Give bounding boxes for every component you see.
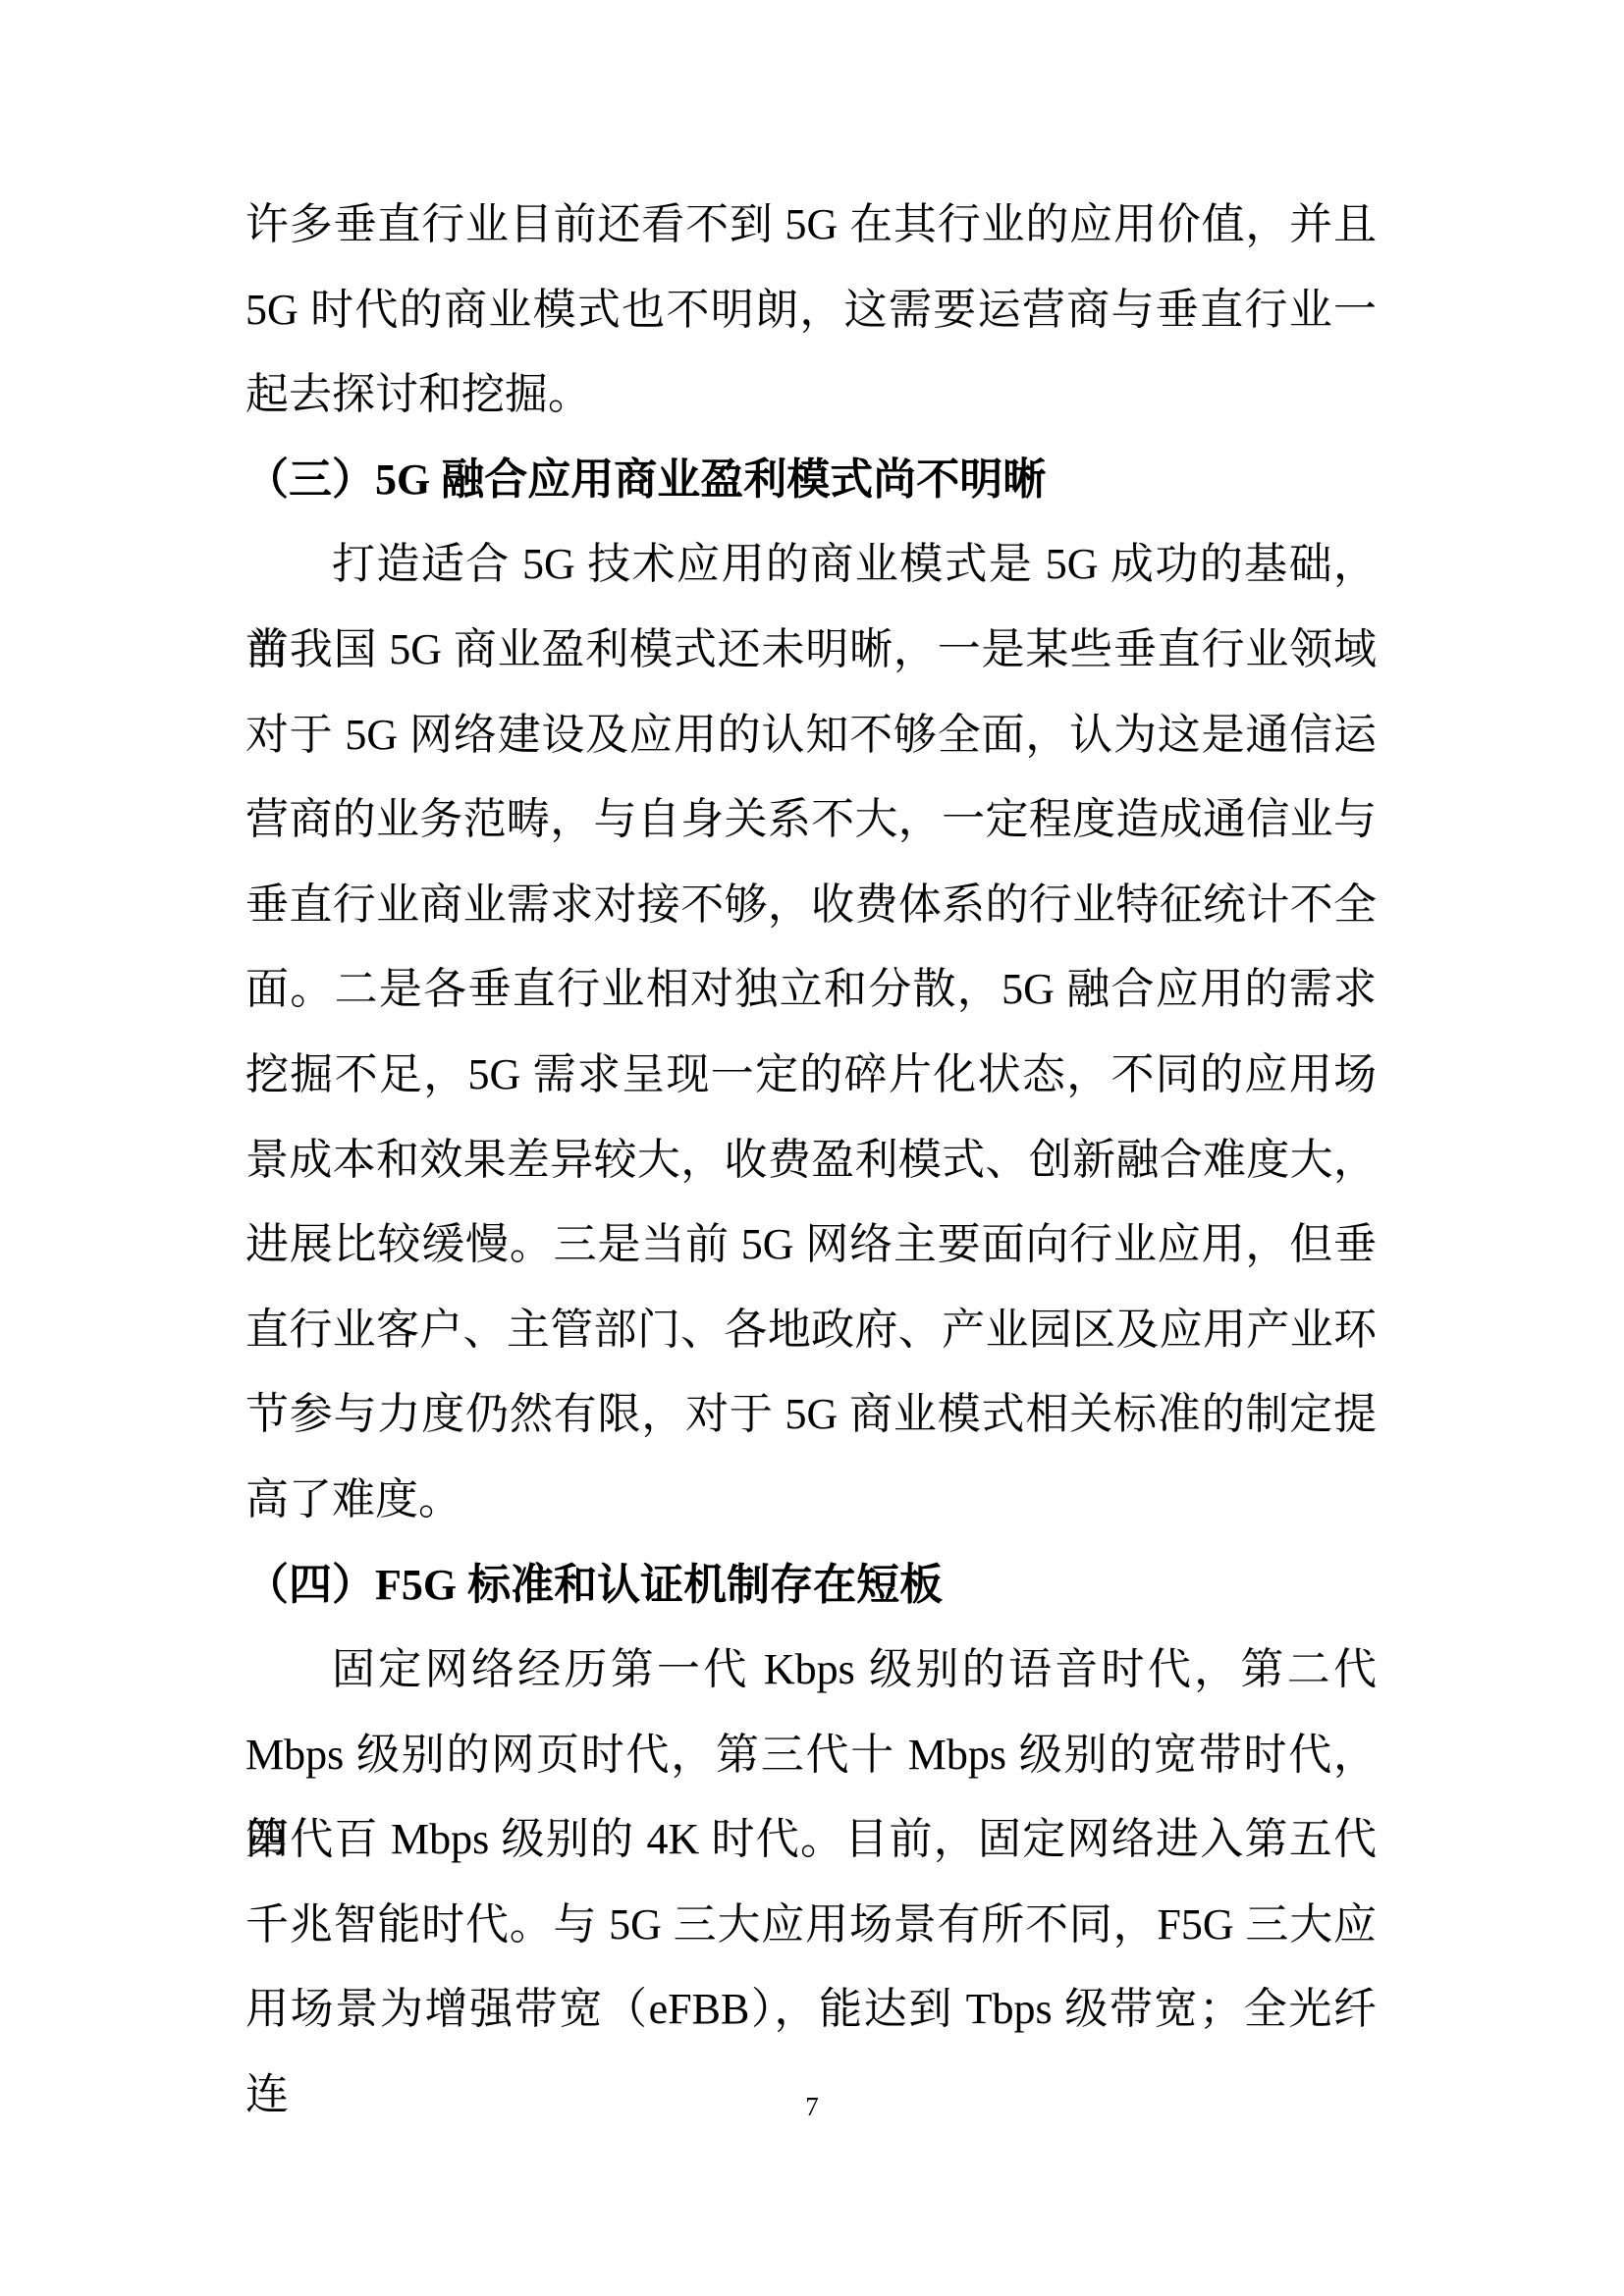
text-block: 许多垂直行业目前还看不到 5G 在其行业的应用价值，并且 5G 时代的商业模式也… [245,183,1377,2053]
section-heading-3: （三）5G 融合应用商业盈利模式尚不明晰 [245,438,1377,523]
text-line: 节参与力度仍然有限，对于 5G 商业模式相关标准的制定提 [245,1372,1377,1458]
text-line: 起去探讨和挖掘。 [245,352,1377,438]
text-line: 高了难度。 [245,1458,1377,1543]
text-line: 许多垂直行业目前还看不到 5G 在其行业的应用价值，并且 [245,183,1377,268]
page-number: 7 [0,2087,1624,2126]
text-line: 用场景为增强带宽（eFBB），能达到 Tbps 级带宽；全光纤连 [245,1967,1377,2053]
text-line: 直行业客户、主管部门、各地政府、产业园区及应用产业环 [245,1288,1377,1373]
text-line: 进展比较缓慢。三是当前 5G 网络主要面向行业应用，但垂 [245,1202,1377,1288]
section-heading-4: （四）F5G 标准和认证机制存在短板 [245,1543,1377,1629]
text-line: 前我国 5G 商业盈利模式还未明晰，一是某些垂直行业领域 [245,608,1377,693]
text-line: 固定网络经历第一代 Kbps 级别的语音时代，第二代 [245,1628,1377,1713]
text-line: 景成本和效果差异较大，收费盈利模式、创新融合难度大， [245,1118,1377,1203]
text-line: 5G 时代的商业模式也不明朗，这需要运营商与垂直行业一 [245,268,1377,353]
text-line: 营商的业务范畴，与自身关系不大，一定程度造成通信业与 [245,777,1377,863]
text-line: 对于 5G 网络建设及应用的认知不够全面，认为这是通信运 [245,693,1377,778]
text-line: Mbps 级别的网页时代，第三代十 Mbps 级别的宽带时代，第 [245,1713,1377,1798]
text-line: 打造适合 5G 技术应用的商业模式是 5G 成功的基础，当 [245,522,1377,608]
text-line: 面。二是各垂直行业相对独立和分散，5G 融合应用的需求 [245,947,1377,1033]
text-line: 千兆智能时代。与 5G 三大应用场景有所不同，F5G 三大应 [245,1883,1377,1968]
text-line: 四代百 Mbps 级别的 4K 时代。目前，固定网络进入第五代 [245,1797,1377,1883]
document-page: 许多垂直行业目前还看不到 5G 在其行业的应用价值，并且 5G 时代的商业模式也… [0,0,1624,2296]
text-line: 挖掘不足，5G 需求呈现一定的碎片化状态，不同的应用场 [245,1033,1377,1118]
text-line: 垂直行业商业需求对接不够，收费体系的行业特征统计不全 [245,863,1377,948]
